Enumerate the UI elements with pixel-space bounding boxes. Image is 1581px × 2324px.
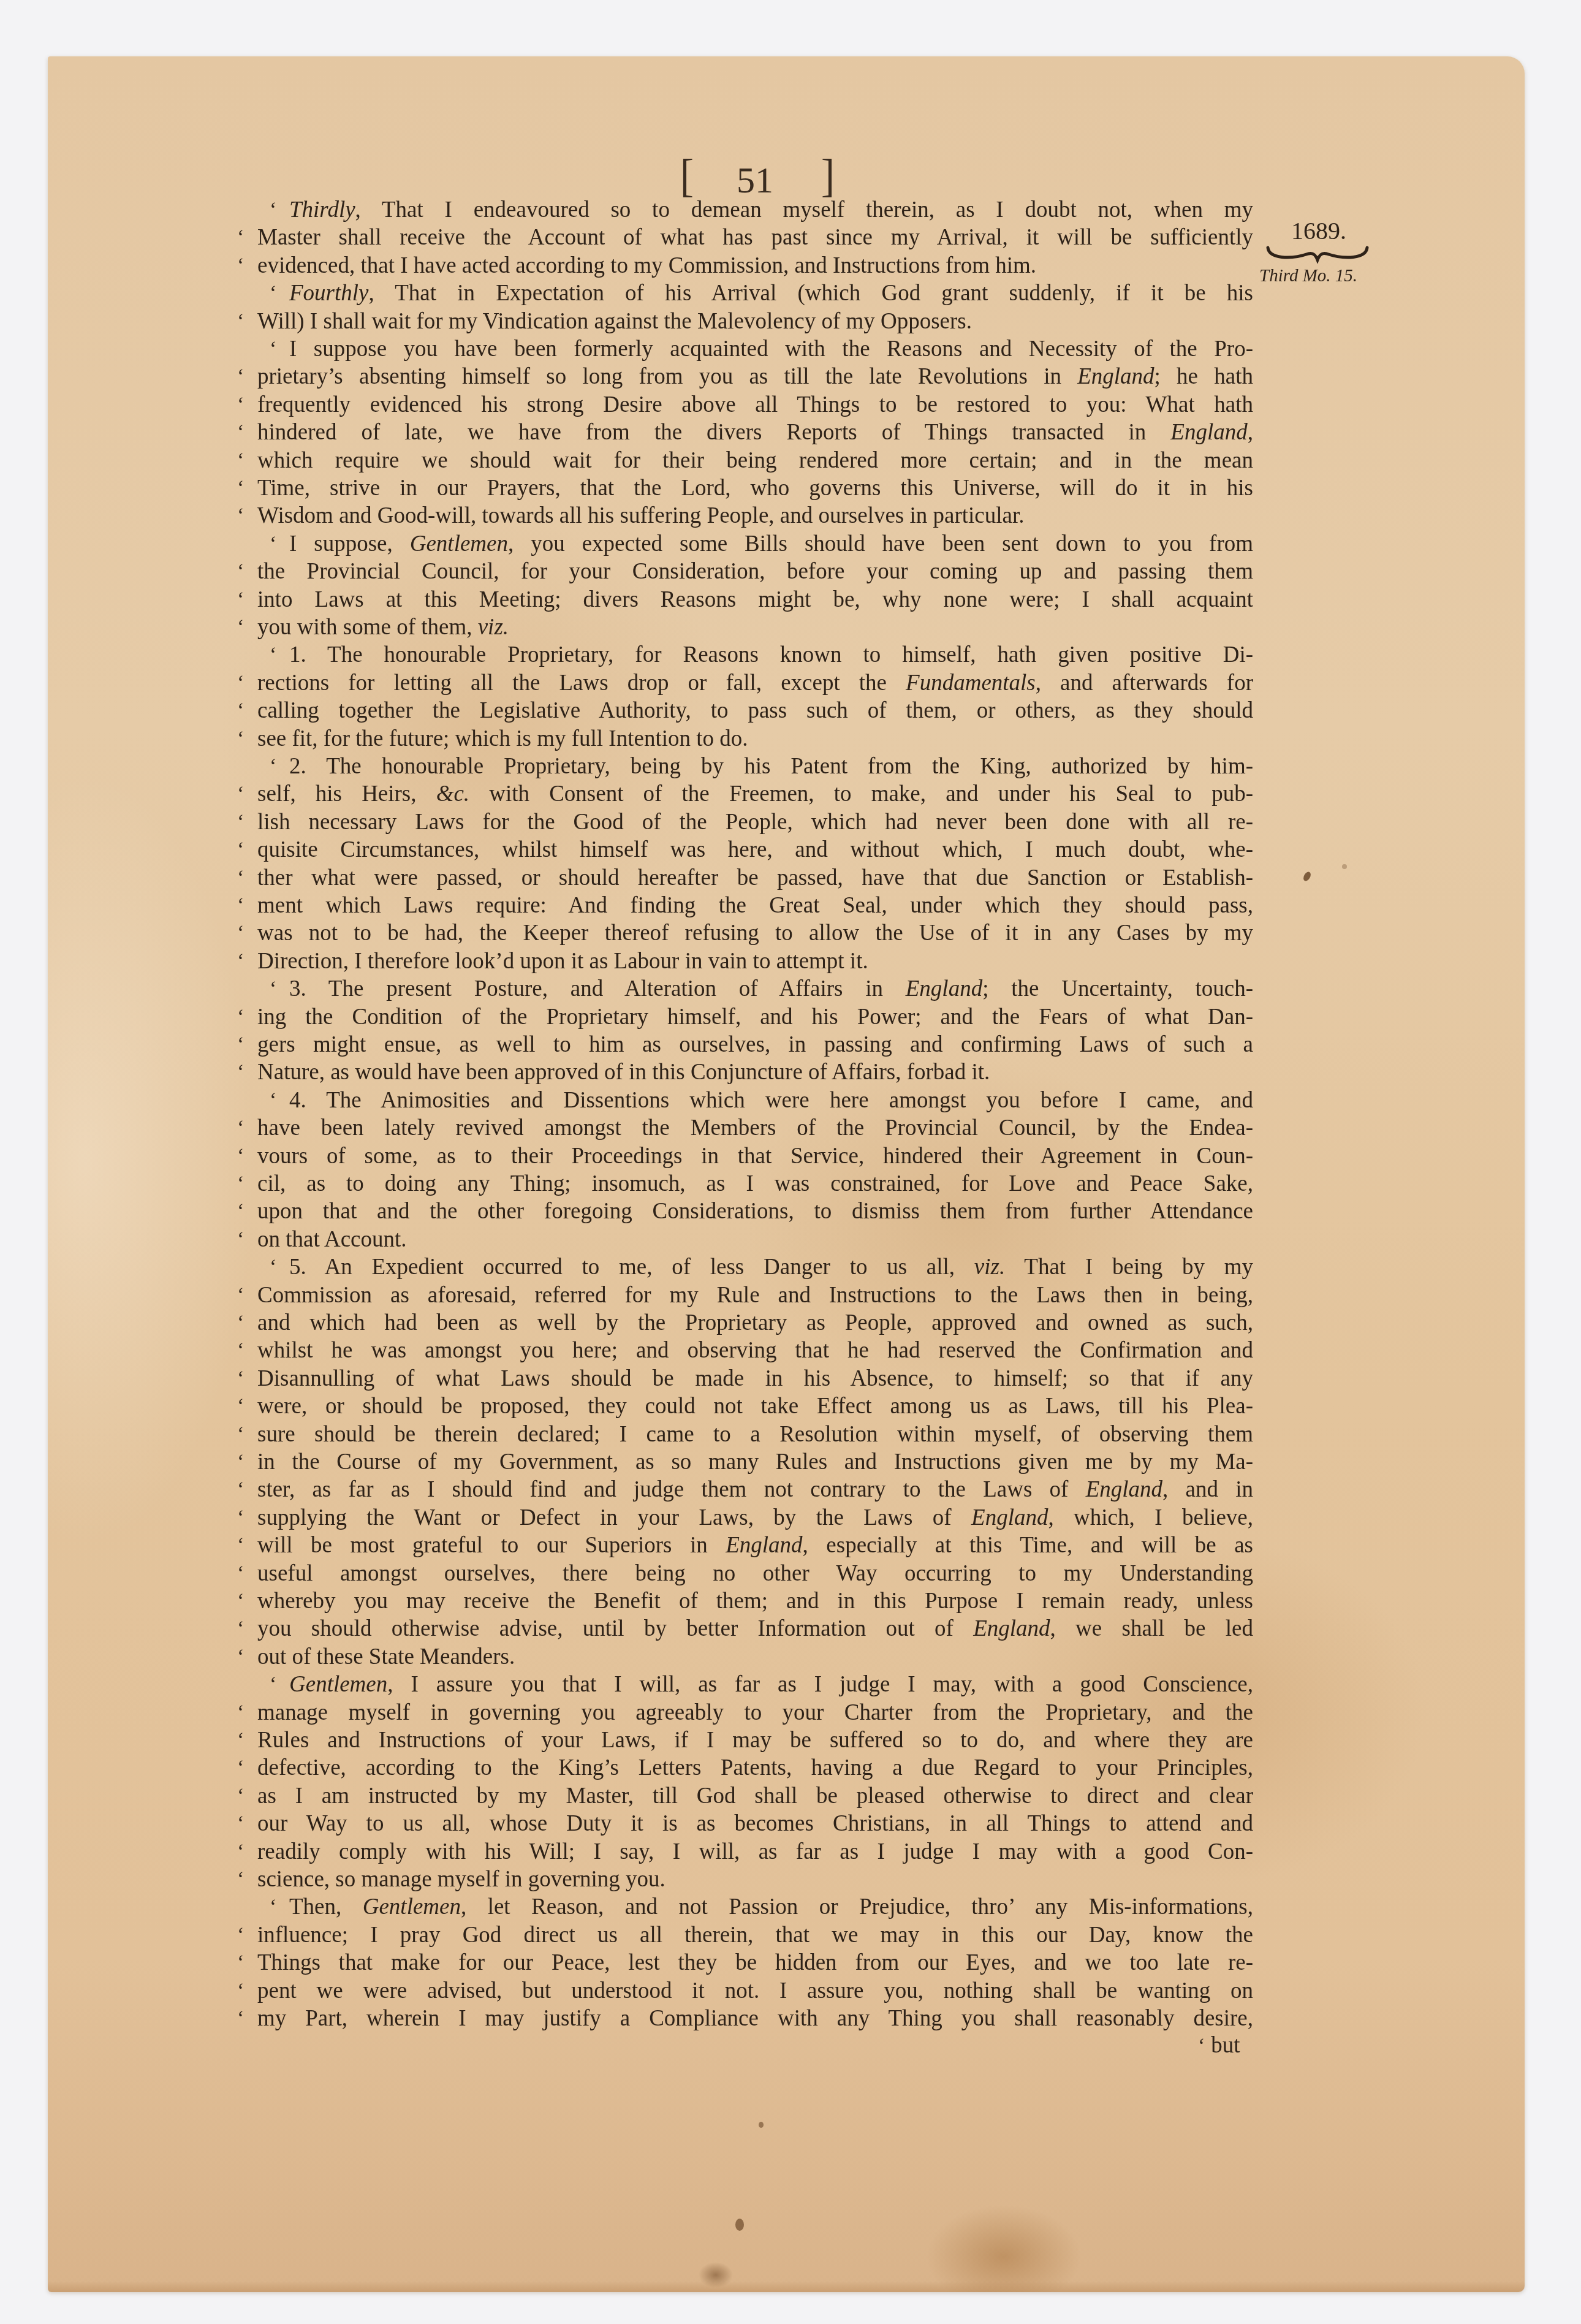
line-text: Things that make for our Peace, lest the…: [257, 1949, 1253, 1977]
quote-mark: ‘: [237, 1754, 256, 1782]
line-text: Gentlemen, I assure you that I will, as …: [289, 1671, 1253, 1699]
quote-mark: ‘: [237, 1309, 256, 1337]
catchword: ‘but: [1198, 2032, 1240, 2060]
quote-mark: ‘: [237, 1782, 256, 1810]
line-text: Master shall receive the Account of what…: [257, 224, 1253, 252]
quote-mark: ‘: [237, 1226, 256, 1254]
line-text: supplying the Want or Defect in your Law…: [257, 1504, 1253, 1532]
line-text: hindered of late, we have from the diver…: [257, 419, 1253, 447]
line-text: were, or should be proposed, they could …: [257, 1392, 1253, 1421]
line-text: defective, according to the King’s Lette…: [257, 1754, 1253, 1782]
catchword-text: but: [1211, 2033, 1240, 2058]
quote-mark: ‘: [237, 808, 256, 837]
line-text: I suppose, Gentlemen, you expected some …: [289, 530, 1253, 558]
line-text: whereby you may receive the Benefit of t…: [257, 1587, 1253, 1616]
quote-mark: ‘: [237, 1142, 256, 1171]
quote-mark: ‘: [237, 1977, 256, 2005]
line-text: frequently evidenced his strong Desire a…: [257, 391, 1253, 419]
line-text: see fit, for the future; which is my ful…: [257, 725, 1253, 753]
quote-mark: ‘: [237, 224, 256, 252]
line-text: science, so manage myself in governing y…: [257, 1866, 1253, 1894]
foxing-spot: [1342, 864, 1347, 869]
quote-mark: ‘: [237, 1448, 256, 1476]
line-text: in the Course of my Government, as so ma…: [257, 1448, 1253, 1476]
quote-mark: ‘: [270, 530, 288, 558]
line-text: ster, as far as I should find and judge …: [257, 1476, 1253, 1504]
quote-mark: ‘: [237, 1560, 256, 1588]
italic-word: England: [973, 1616, 1050, 1641]
line-text: influence; I pray God direct us all ther…: [257, 1921, 1253, 1950]
line-text: Commission as aforesaid, referred for my…: [257, 1282, 1253, 1310]
line-text: which require we should wait for their b…: [257, 447, 1253, 475]
quote-mark: ‘: [237, 1058, 256, 1087]
line-text: evidenced, that I have acted according t…: [257, 252, 1253, 280]
quote-mark: ‘: [237, 1198, 256, 1226]
quote-mark: ‘: [237, 1421, 256, 1449]
line-text: have been lately revived amongst the Mem…: [257, 1114, 1253, 1142]
line-text: whilst he was amongst you here; and obse…: [257, 1337, 1253, 1365]
line-text: our Way to us all, whose Duty it is as b…: [257, 1810, 1253, 1838]
quote-mark: ‘: [237, 252, 256, 280]
line-text: Nature, as would have been approved of i…: [257, 1058, 1253, 1087]
line-text: upon that and the other foregoing Consid…: [257, 1198, 1253, 1226]
line-text: into Laws at this Meeting; divers Reason…: [257, 586, 1253, 614]
quote-mark: ‘: [237, 1392, 256, 1421]
quote-mark: ‘: [237, 669, 256, 697]
quote-mark: ‘: [270, 975, 288, 1003]
line-text: Then, Gentlemen, let Reason, and not Pas…: [289, 1893, 1253, 1921]
quote-mark: ‘: [237, 1003, 256, 1031]
quote-mark: ‘: [237, 502, 256, 530]
line-text: prietary’s absenting himself so long fro…: [257, 363, 1253, 391]
quote-mark: ‘: [237, 419, 256, 447]
line-lead-italic: Fourthly: [289, 281, 368, 306]
quote-mark: ‘: [237, 1170, 256, 1198]
quote-mark: ‘: [237, 919, 256, 947]
line-text: 5. An Expedient occurred to me, of less …: [289, 1253, 1253, 1282]
line-text: rections for letting all the Laws drop o…: [257, 669, 1253, 697]
line-text: calling together the Legislative Authori…: [257, 697, 1253, 725]
margin-note-date: Third Mo. 15.: [1259, 265, 1357, 287]
line-text: lish necessary Laws for the Good of the …: [257, 808, 1253, 837]
quote-mark: ‘: [237, 1921, 256, 1950]
quote-mark: ‘: [237, 474, 256, 503]
quote-mark: ‘: [237, 1949, 256, 1977]
line-text: Will) I shall wait for my Vindication ag…: [257, 308, 1253, 336]
quote-mark: ‘: [237, 1587, 256, 1616]
quote-mark: ‘: [237, 1337, 256, 1365]
margin-note-year: 1689.: [1291, 216, 1346, 246]
italic-word: England: [1170, 420, 1247, 445]
line-text: my Part, wherein I may justify a Complia…: [257, 2005, 1253, 2033]
quote-mark: ‘: [237, 1615, 256, 1643]
line-text: useful amongst ourselves, there being no…: [257, 1560, 1253, 1588]
line-text: 1. The honourable Proprietary, for Reaso…: [289, 641, 1253, 669]
quote-mark: ‘: [237, 697, 256, 725]
line-text: sure should be therein declared; I came …: [257, 1421, 1253, 1449]
quote-mark: ‘: [237, 1532, 256, 1560]
line-text: 3. The present Posture, and Alteration o…: [289, 975, 1253, 1003]
quote-mark: ‘: [237, 2005, 256, 2033]
line-text: vours of some, as to their Proceedings i…: [257, 1142, 1253, 1171]
quote-mark: ‘: [237, 947, 256, 976]
line-text: I suppose you have been formerly acquain…: [289, 335, 1253, 363]
quote-mark: ‘: [237, 1643, 256, 1671]
quote-mark: ‘: [237, 836, 256, 864]
italic-word: viz.: [478, 615, 509, 640]
italic-word: Fundamentals: [906, 670, 1036, 696]
quote-mark: ‘: [270, 1893, 288, 1921]
quote-mark: ‘: [237, 1365, 256, 1393]
quote-mark: ‘: [270, 753, 288, 781]
italic-word: Gentlemen: [410, 531, 508, 556]
line-text: Disannulling of what Laws should be made…: [257, 1365, 1253, 1393]
line-text: Direction, I therefore look’d upon it as…: [257, 947, 1253, 976]
line-text: Fourthly, That in Expectation of his Arr…: [289, 279, 1253, 308]
line-text: Thirdly, That I endeavoured so to demean…: [289, 196, 1253, 224]
italic-word: &c.: [436, 781, 469, 807]
quote-mark: ‘: [237, 1866, 256, 1894]
italic-word: England: [1086, 1477, 1162, 1502]
line-text: and which had been as well by the Propri…: [257, 1309, 1253, 1337]
line-text: 4. The Animosities and Dissentions which…: [289, 1087, 1253, 1115]
line-text: ther what were passed, or should hereaft…: [257, 864, 1253, 892]
quote-mark: ‘: [237, 892, 256, 920]
quote-mark: ‘: [237, 864, 256, 892]
quote-mark: ‘: [237, 1699, 256, 1727]
line-text: Time, strive in our Prayers, that the Lo…: [257, 474, 1253, 503]
quote-mark: ‘: [237, 586, 256, 614]
page-number: [ 51 ]: [674, 152, 840, 201]
line-text: out of these State Meanders.: [257, 1643, 1253, 1671]
quote-mark: ‘: [270, 641, 288, 669]
quote-mark: ‘: [270, 279, 288, 308]
quote-mark: ‘: [237, 1031, 256, 1059]
brace-ornament-icon: [1265, 245, 1370, 264]
line-text: will be most grateful to our Superiors i…: [257, 1532, 1253, 1560]
quote-mark: ‘: [1198, 2035, 1205, 2057]
line-lead-italic: Gentlemen: [289, 1672, 387, 1697]
line-text: ing the Condition of the Proprietary him…: [257, 1003, 1253, 1031]
line-text: Rules and Instructions of your Laws, if …: [257, 1726, 1253, 1755]
quote-mark: ‘: [237, 1476, 256, 1504]
quote-mark: ‘: [270, 1087, 288, 1115]
quote-mark: ‘: [270, 1671, 288, 1699]
line-text: on that Account.: [257, 1226, 1253, 1254]
italic-word: England: [726, 1533, 802, 1558]
quote-mark: ‘: [270, 1253, 288, 1282]
line-text: Wisdom and Good-will, towards all his su…: [257, 502, 1253, 530]
line-text: the Provincial Council, for your Conside…: [257, 558, 1253, 586]
line-text: cil, as to doing any Thing; insomuch, as…: [257, 1170, 1253, 1198]
line-text: 2. The honourable Proprietary, being by …: [289, 753, 1253, 781]
line-text: ment which Laws require: And finding the…: [257, 892, 1253, 920]
foxing-spot: [1302, 871, 1313, 883]
line-lead-italic: Thirdly: [289, 197, 355, 222]
quote-mark: ‘: [237, 363, 256, 391]
line-text: as I am instructed by my Master, till Go…: [257, 1782, 1253, 1810]
quote-mark: ‘: [237, 391, 256, 419]
line-text: self, his Heirs, &c. with Consent of the…: [257, 780, 1253, 808]
quote-mark: ‘: [237, 1726, 256, 1755]
quote-mark: ‘: [237, 780, 256, 808]
quote-mark: ‘: [237, 1282, 256, 1310]
line-text: manage myself in governing you agreeably…: [257, 1699, 1253, 1727]
quote-mark: ‘: [270, 335, 288, 363]
quote-mark: ‘: [237, 308, 256, 336]
line-text: gers might ensue, as well to him as ours…: [257, 1031, 1253, 1059]
line-text: quisite Circumstances, whilst himself wa…: [257, 836, 1253, 864]
quote-mark: ‘: [237, 613, 256, 642]
foxing-spot: [735, 2219, 744, 2231]
foxing-spot: [759, 2122, 764, 2128]
quote-mark: ‘: [237, 1504, 256, 1532]
line-text: you should otherwise advise, until by be…: [257, 1615, 1253, 1643]
quote-mark: ‘: [237, 1114, 256, 1142]
quote-mark: ‘: [237, 725, 256, 753]
paper-bottom-edge: [48, 2281, 1525, 2292]
quote-mark: ‘: [270, 196, 288, 224]
quote-mark: ‘: [237, 1838, 256, 1866]
line-text: pent we were advised, but understood it …: [257, 1977, 1253, 2005]
italic-word: England: [1077, 364, 1154, 389]
italic-word: England: [971, 1505, 1048, 1530]
line-text: readily comply with his Will; I say, I w…: [257, 1838, 1253, 1866]
line-text: you with some of them, viz.: [257, 613, 1253, 642]
italic-word: Gentlemen: [363, 1894, 461, 1920]
quote-mark: ‘: [237, 558, 256, 586]
quote-mark: ‘: [237, 1810, 256, 1838]
quote-mark: ‘: [237, 447, 256, 475]
line-text: was not to be had, the Keeper thereof re…: [257, 919, 1253, 947]
italic-word: England: [906, 976, 982, 1001]
italic-word: viz.: [974, 1255, 1005, 1280]
